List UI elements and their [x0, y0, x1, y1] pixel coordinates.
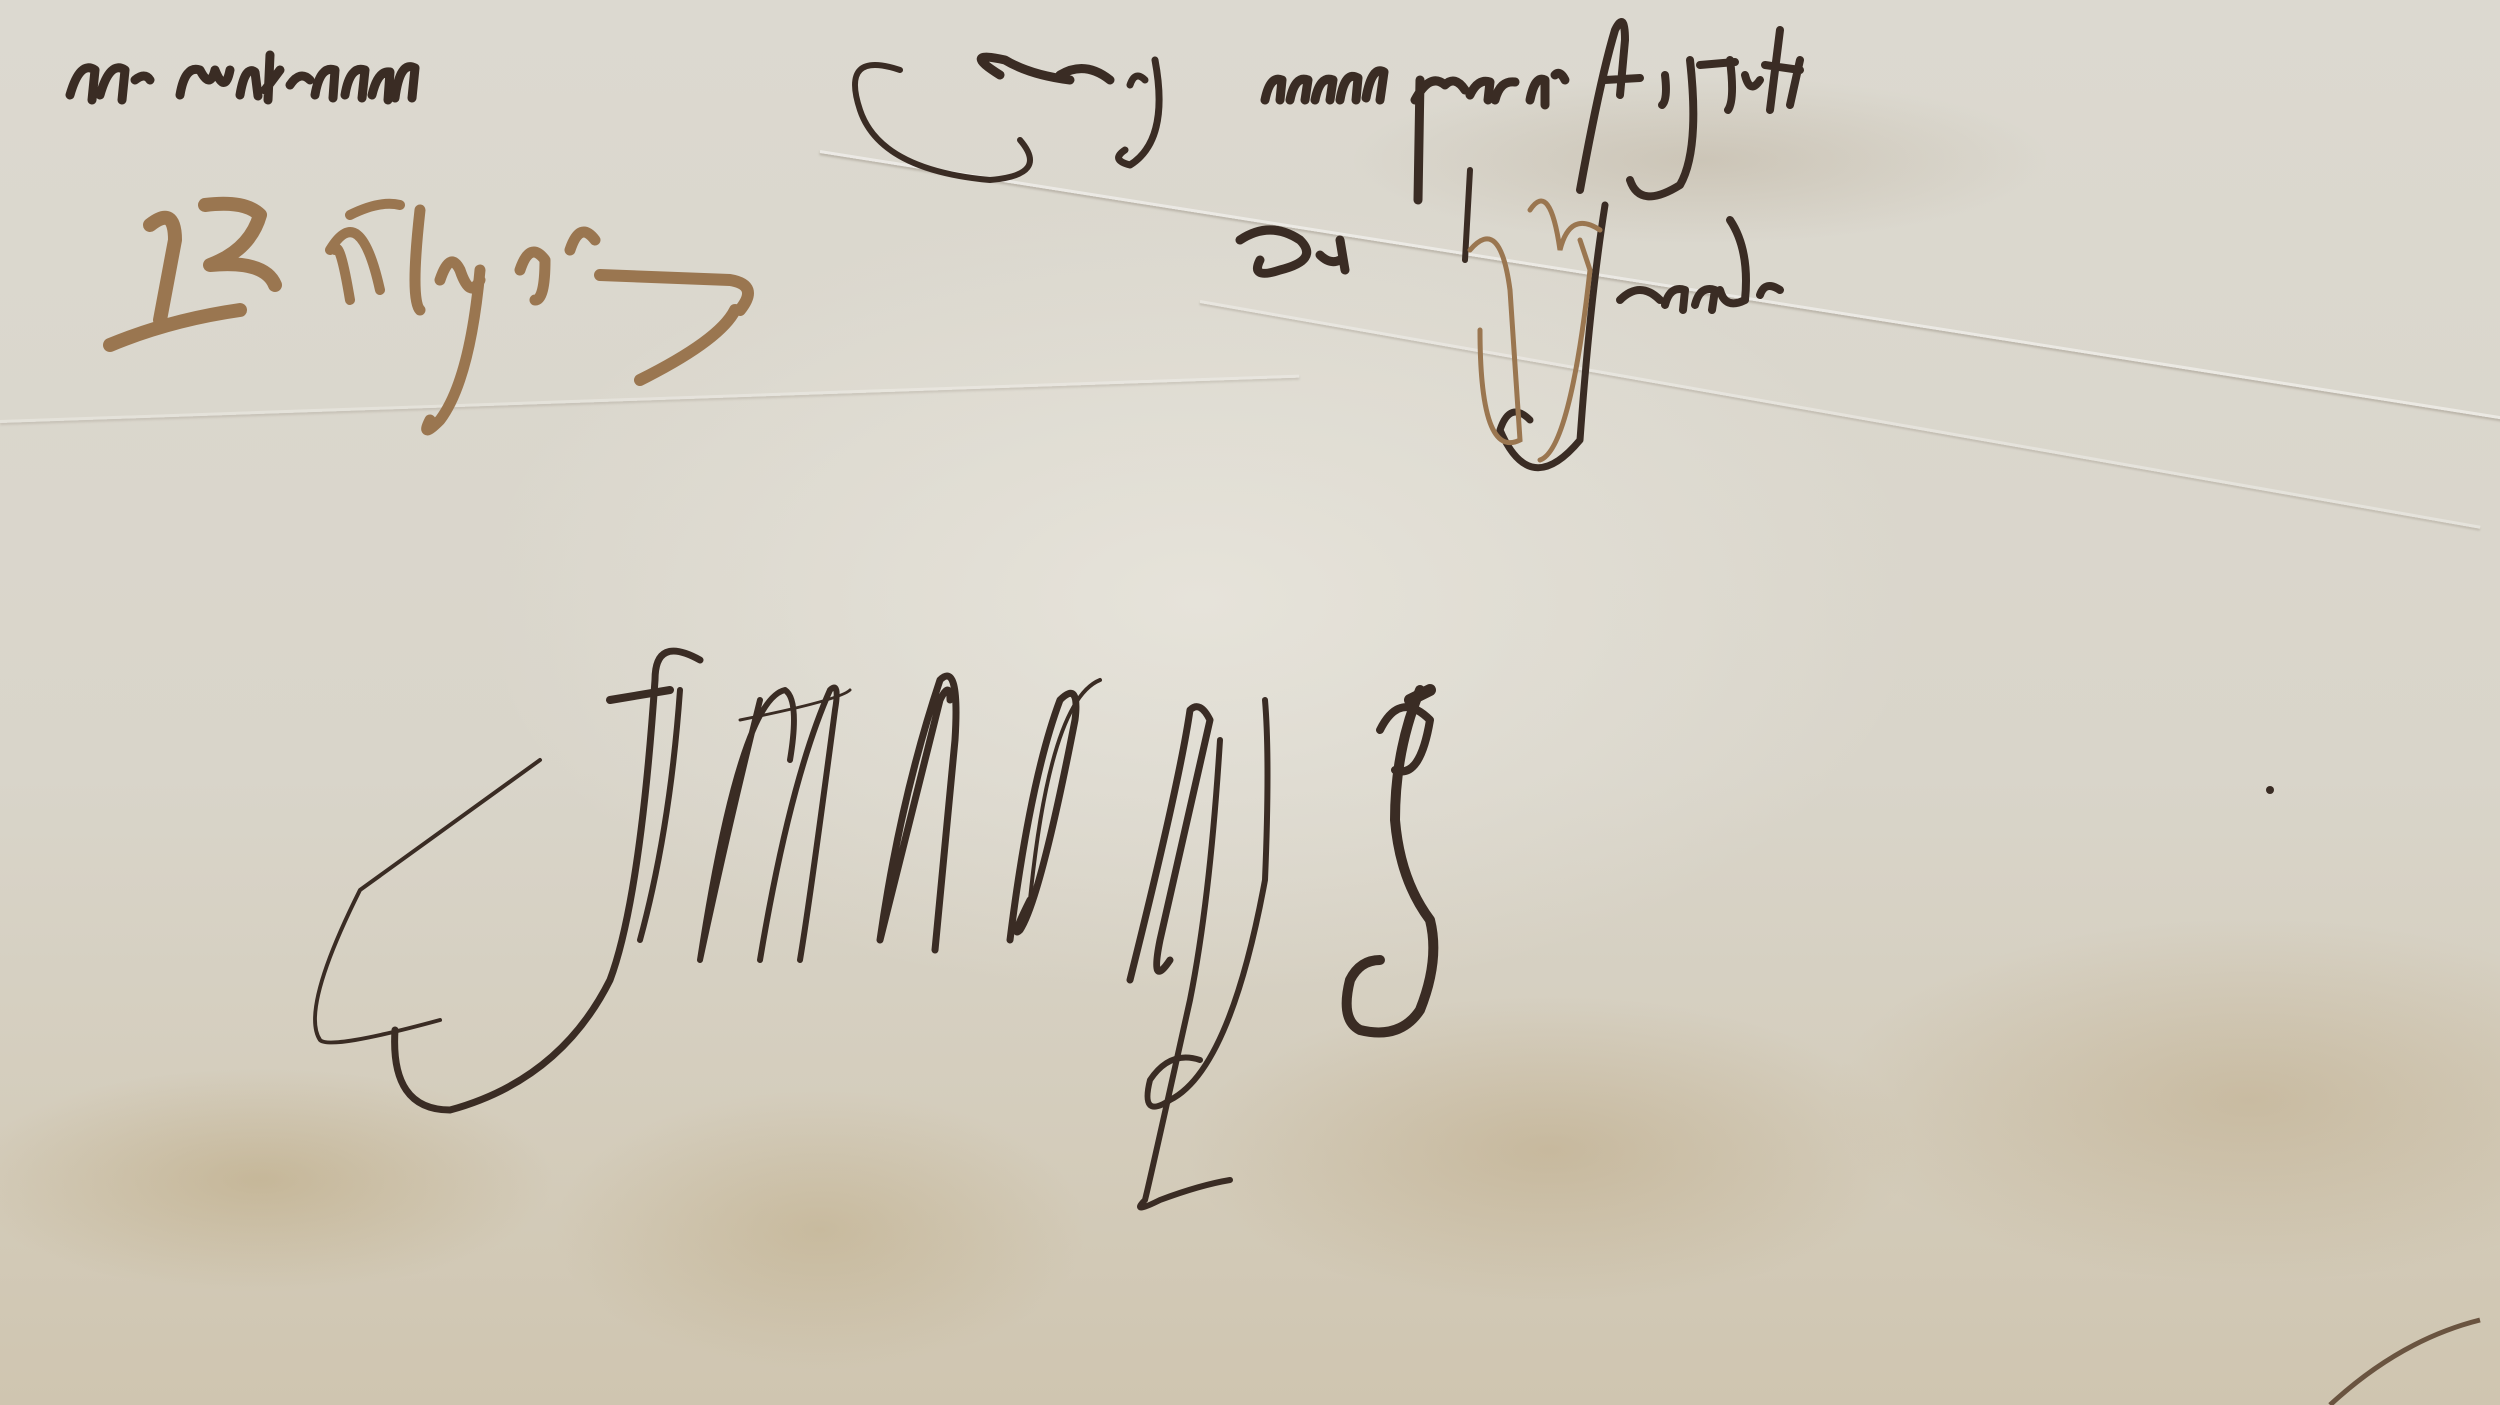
signature-francoys-ink — [315, 651, 1433, 1207]
ink-dot — [2266, 786, 2274, 794]
text-line-1-ink — [70, 22, 1800, 200]
counter-signature-ink — [110, 204, 748, 430]
handwriting-layer — [0, 0, 2500, 1405]
partial-stroke — [2330, 1320, 2480, 1405]
